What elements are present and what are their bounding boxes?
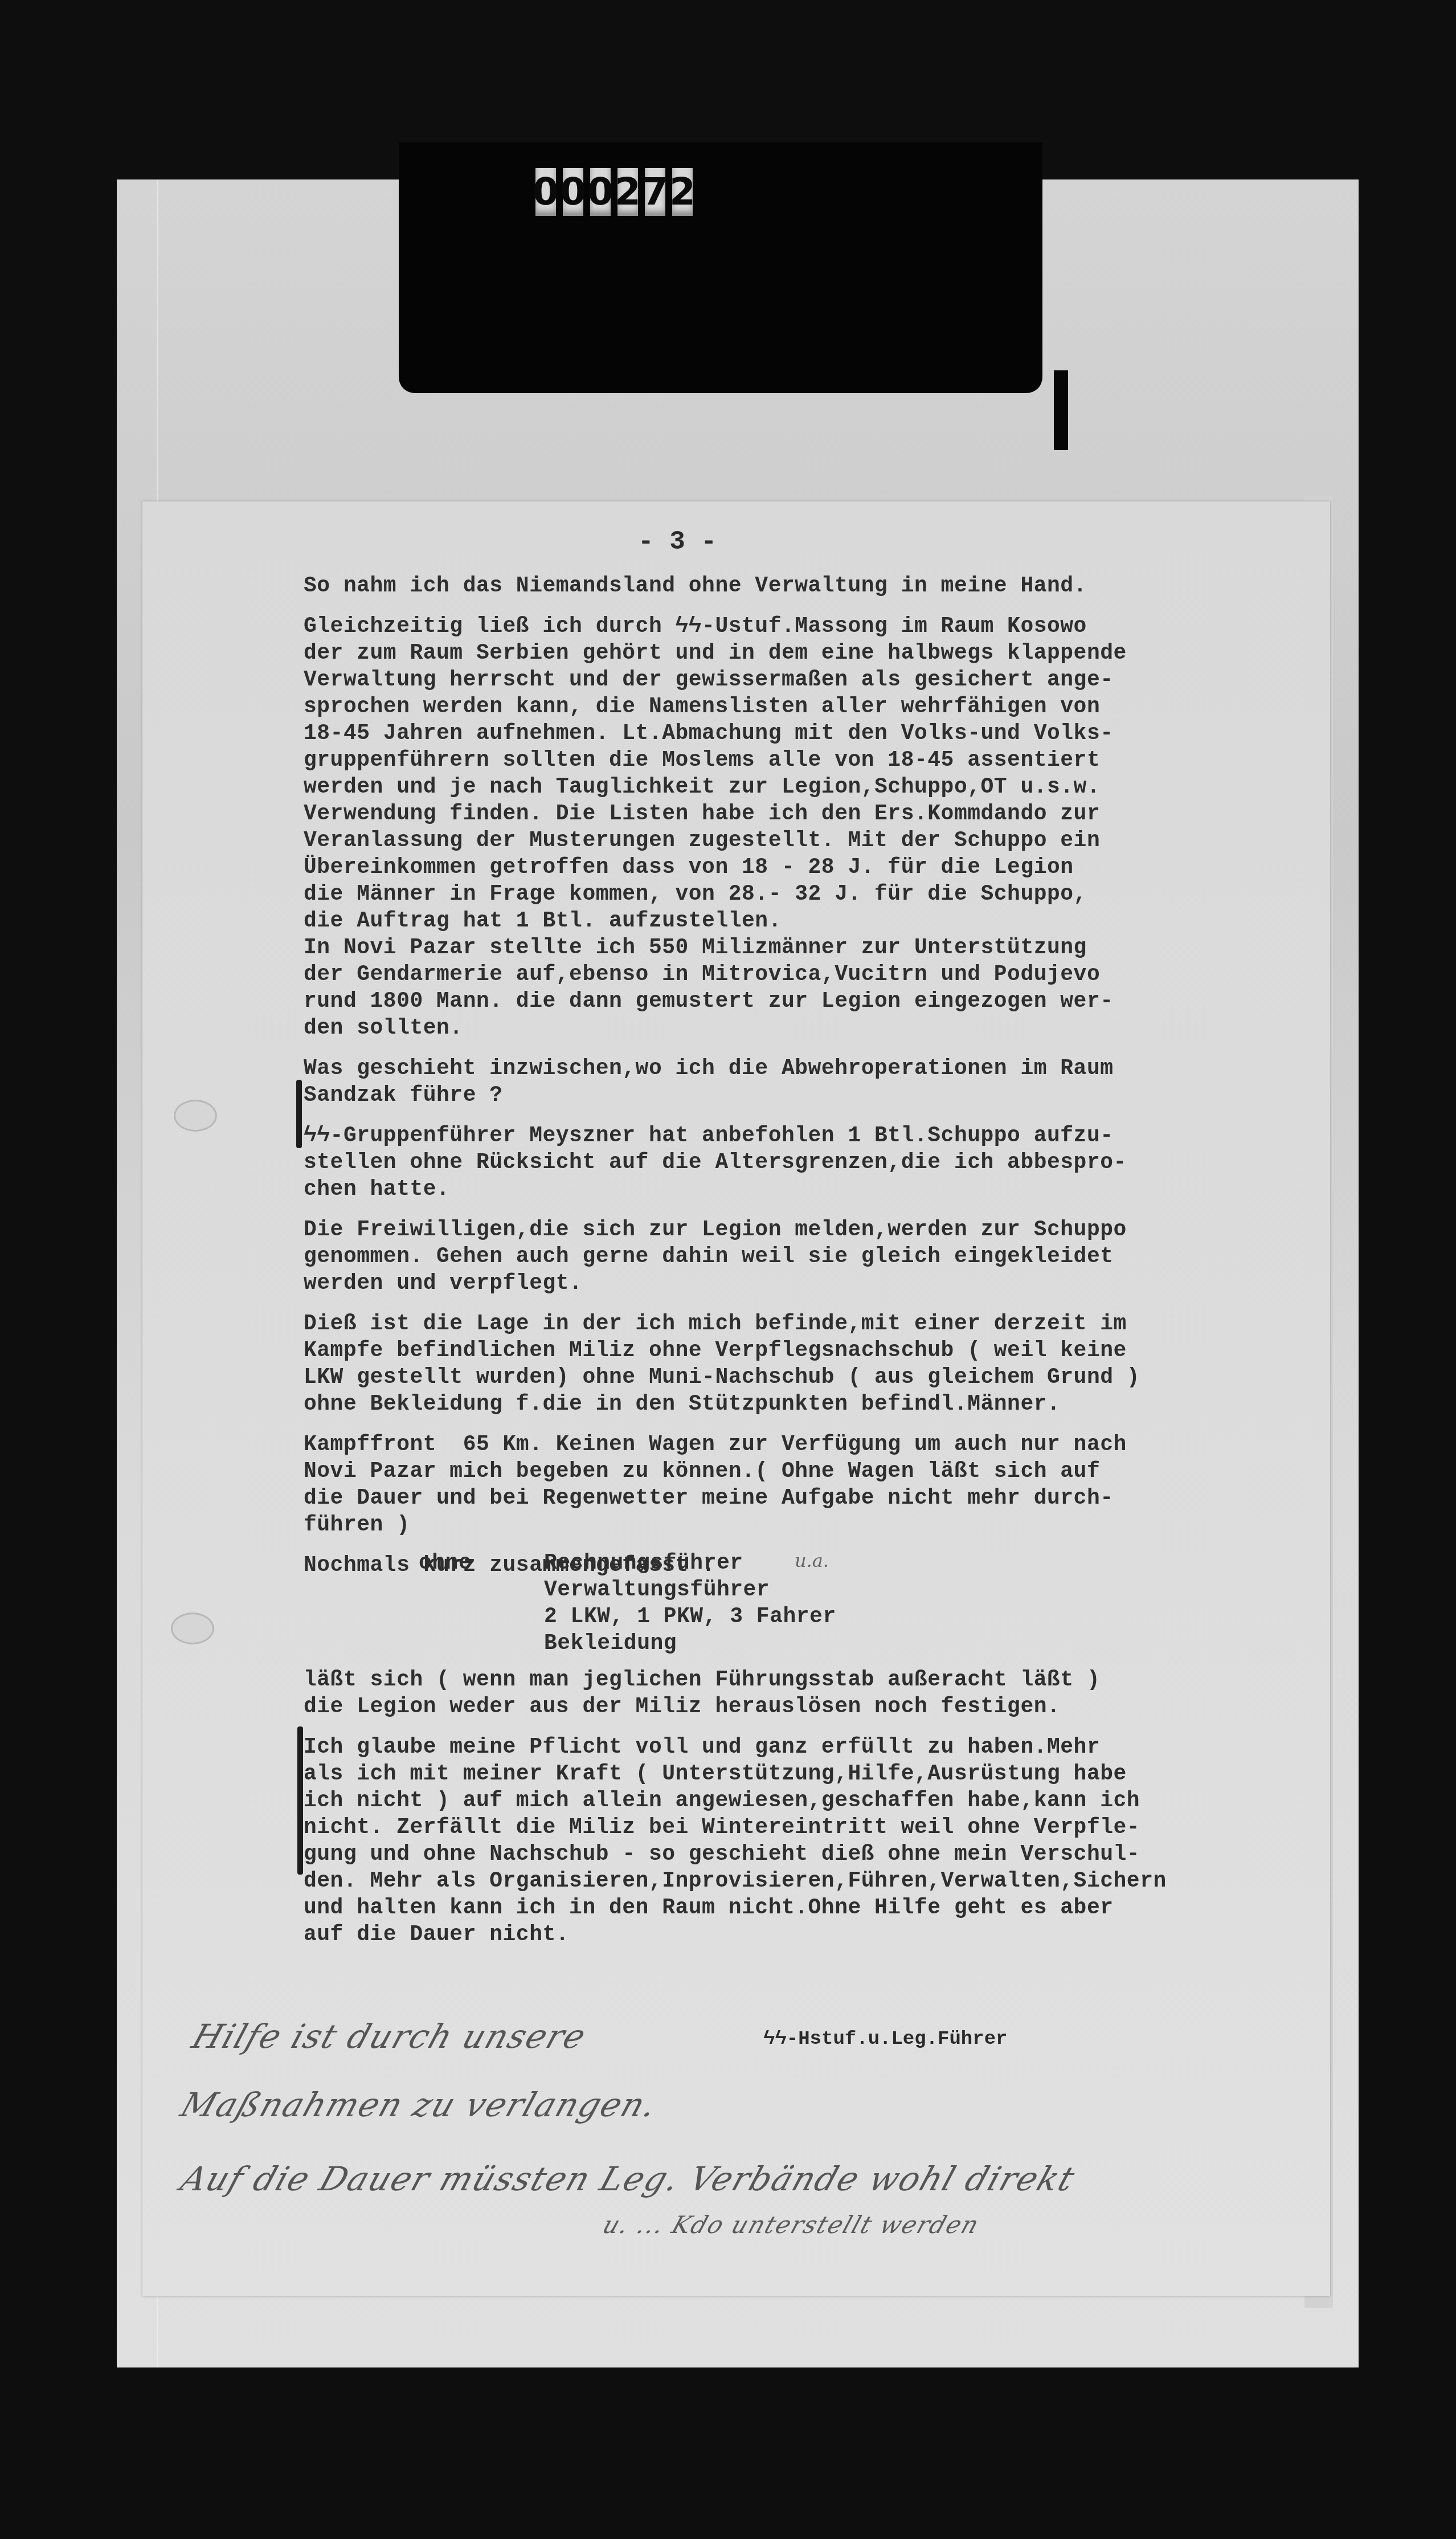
text-line: In Novi Pazar stellte ich 550 Milizmänne… bbox=[304, 934, 1306, 961]
text-line: die Männer in Frage kommen, von 28.- 32 … bbox=[304, 881, 1306, 908]
text-line: führen ) bbox=[304, 1512, 1306, 1538]
text-line: 18-45 Jahren aufnehmen. Lt.Abmachung mit… bbox=[304, 720, 1306, 747]
text-line: gung und ohne Nachschub - so geschieht d… bbox=[304, 1841, 1306, 1868]
paragraph: So nahm ich das Niemandsland ohne Verwal… bbox=[304, 573, 1306, 599]
text-line: nicht. Zerfällt die Miliz bei Wintereint… bbox=[304, 1814, 1306, 1841]
text-line: Verwendung finden. Die Listen habe ich d… bbox=[304, 801, 1306, 827]
text-line: Die Freiwilligen,die sich zur Legion mel… bbox=[304, 1217, 1306, 1243]
text-line: die Legion weder aus der Miliz herauslös… bbox=[304, 1693, 1306, 1720]
text-line: und halten kann ich in den Raum nicht.Oh… bbox=[304, 1895, 1306, 1921]
text-line: den sollten. bbox=[304, 1015, 1306, 1042]
text-line: der Gendarmerie auf,ebenso in Mitrovica,… bbox=[304, 961, 1306, 988]
text-line: den. Mehr als Organisieren,Inprovisieren… bbox=[304, 1868, 1306, 1895]
punch-hole bbox=[171, 1613, 214, 1644]
summary-item: Bekleidung bbox=[544, 1630, 1114, 1657]
text-line: ich nicht ) auf mich allein angewiesen,g… bbox=[304, 1787, 1306, 1814]
paragraph: Gleichzeitig ließ ich durch ϟϟ-Ustuf.Mas… bbox=[304, 613, 1306, 1042]
text-line: Kampffront 65 Km. Keinen Wagen zur Verfü… bbox=[304, 1431, 1306, 1458]
text-line: rund 1800 Mann. die dann gemustert zur L… bbox=[304, 988, 1306, 1015]
paragraph: Was geschieht inzwischen,wo ich die Abwe… bbox=[304, 1055, 1306, 1109]
body-text-top: So nahm ich das Niemandsland ohne Verwal… bbox=[304, 573, 1306, 1579]
paragraph: Dieß ist die Lage in der ich mich befind… bbox=[304, 1311, 1306, 1418]
handwritten-note: Hilfe ist durch unsere bbox=[187, 2017, 591, 2056]
text-line: als ich mit meiner Kraft ( Unterstützung… bbox=[304, 1761, 1306, 1787]
punch-hole bbox=[174, 1100, 217, 1132]
handwritten-note: u. ... Kdo unterstellt werden bbox=[599, 2211, 983, 2239]
text-line: Verwaltung herrscht und der gewissermaße… bbox=[304, 667, 1306, 693]
body-text-bottom: läßt sich ( wenn man jeglichen Führungss… bbox=[304, 1667, 1306, 1948]
counter-digit: 0 bbox=[563, 168, 583, 216]
text-line: Novi Pazar mich begeben zu können.( Ohne… bbox=[304, 1458, 1306, 1485]
text-line: werden und je nach Tauglichkeit zur Legi… bbox=[304, 774, 1306, 801]
text-line: Kampfe befindlichen Miliz ohne Verpflegs… bbox=[304, 1337, 1306, 1364]
text-line: ohne Bekleidung f.die in den Stützpunkte… bbox=[304, 1391, 1306, 1418]
text-line: Sandzak führe ? bbox=[304, 1082, 1306, 1109]
text-line: auf die Dauer nicht. bbox=[304, 1921, 1306, 1948]
signature-title: ϟϟ-Hstuf.u.Leg.Führer bbox=[763, 2028, 1007, 2050]
handwritten-note: Auf die Dauer müssten Leg. Verbände wohl… bbox=[176, 2160, 1080, 2198]
margin-mark bbox=[297, 1726, 303, 1875]
counter-arm bbox=[1054, 370, 1068, 450]
text-line: Dieß ist die Lage in der ich mich befind… bbox=[304, 1311, 1306, 1337]
text-line: gruppenführern sollten die Moslems alle … bbox=[304, 747, 1306, 774]
paragraph: Kampffront 65 Km. Keinen Wagen zur Verfü… bbox=[304, 1431, 1306, 1538]
text-line: Ich glaube meine Pflicht voll und ganz e… bbox=[304, 1734, 1306, 1761]
text-line: chen hatte. bbox=[304, 1176, 1306, 1203]
text-line: Übereinkommen getroffen dass von 18 - 28… bbox=[304, 854, 1306, 881]
text-line: genommen. Gehen auch gerne dahin weil si… bbox=[304, 1243, 1306, 1270]
text-line: der zum Raum Serbien gehört und in dem e… bbox=[304, 640, 1306, 667]
summary-item: Verwaltungsführer bbox=[544, 1577, 1114, 1603]
text-line: Gleichzeitig ließ ich durch ϟϟ-Ustuf.Mas… bbox=[304, 613, 1306, 640]
text-line: LKW gestellt wurden) ohne Muni-Nachschub… bbox=[304, 1364, 1306, 1391]
text-line: Was geschieht inzwischen,wo ich die Abwe… bbox=[304, 1055, 1306, 1082]
frame-counter-device bbox=[399, 142, 1042, 393]
handwritten-note: Maßnahmen zu verlangen. bbox=[176, 2085, 662, 2124]
summary-item: 2 LKW, 1 PKW, 3 Fahrer bbox=[544, 1603, 1114, 1630]
text-line: ϟϟ-Gruppenführer Meyszner hat anbefohlen… bbox=[304, 1122, 1306, 1149]
counter-digit: 0 bbox=[535, 168, 556, 216]
page-number: - 3 - bbox=[638, 527, 717, 557]
text-line: Veranlassung der Musterungen zugestellt.… bbox=[304, 827, 1306, 854]
text-line: die Auftrag hat 1 Btl. aufzustellen. bbox=[304, 908, 1306, 934]
text-line: läßt sich ( wenn man jeglichen Führungss… bbox=[304, 1667, 1306, 1693]
frame-counter: 0 0 0 2 7 2 bbox=[535, 168, 693, 216]
counter-digit: 0 bbox=[590, 168, 611, 216]
counter-digit: 2 bbox=[617, 168, 638, 216]
paragraph: ϟϟ-Gruppenführer Meyszner hat anbefohlen… bbox=[304, 1122, 1306, 1203]
counter-digit: 2 bbox=[672, 168, 693, 216]
ink-annotation: u.a. bbox=[795, 1550, 829, 1571]
paragraph: Die Freiwilligen,die sich zur Legion mel… bbox=[304, 1217, 1306, 1297]
text-line: So nahm ich das Niemandsland ohne Verwal… bbox=[304, 573, 1306, 599]
text-line: stellen ohne Rücksicht auf die Altersgre… bbox=[304, 1149, 1306, 1176]
text-line: die Dauer und bei Regenwetter meine Aufg… bbox=[304, 1485, 1306, 1512]
counter-digit: 7 bbox=[645, 168, 665, 216]
text-line: werden und verpflegt. bbox=[304, 1270, 1306, 1297]
text-line: sprochen werden kann, die Namenslisten a… bbox=[304, 693, 1306, 720]
paragraph: Ich glaube meine Pflicht voll und ganz e… bbox=[304, 1734, 1306, 1948]
margin-mark bbox=[296, 1080, 302, 1148]
paragraph: läßt sich ( wenn man jeglichen Führungss… bbox=[304, 1667, 1306, 1720]
